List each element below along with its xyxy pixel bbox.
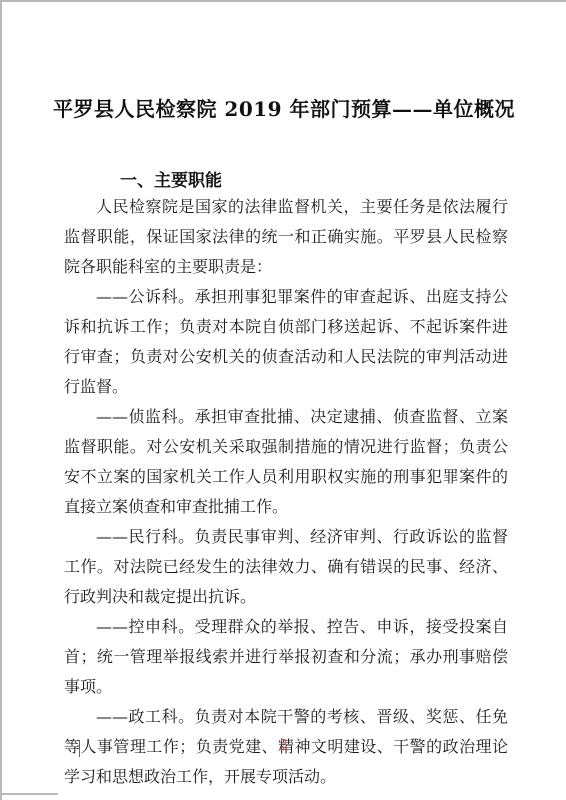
paragraph-prosecution-dept: ——公诉科。承担刑事犯罪案件的审查起诉、出庭支持公诉和抗诉工作；负责对本院自侦部… — [64, 282, 508, 402]
document-page: 平罗县人民检察院 2019 年部门预算——单位概况 一、主要职能 人民检察院是国… — [0, 0, 566, 800]
section-heading: 一、主要职能 — [120, 166, 566, 191]
page-title: 平罗县人民检察院 2019 年部门预算——单位概况 — [2, 93, 566, 122]
page-number: 3 — [2, 737, 566, 751]
paragraph-complaint-appeal-dept: ——控申科。受理群众的举报、控告、申诉，接受投案自首；统一管理举报线索并进行举报… — [64, 612, 508, 702]
page-border-segment — [2, 793, 58, 795]
paragraph-intro: 人民检察院是国家的法律监督机关，主要任务是依法履行监督职能，保证国家法律的统一和… — [64, 192, 508, 282]
paragraph-civil-administrative-dept: ——民行科。负责民事审判、经济审判、行政诉讼的监督工作。对法院已经发生的法律效力… — [64, 522, 508, 612]
document-body[interactable]: 人民检察院是国家的法律监督机关，主要任务是依法履行监督职能，保证国家法律的统一和… — [64, 192, 508, 792]
paragraph-investigation-supervision-dept: ——侦监科。承担审查批捕、决定逮捕、侦查监督、立案监督职能。对公安机关采取强制措… — [64, 402, 508, 522]
